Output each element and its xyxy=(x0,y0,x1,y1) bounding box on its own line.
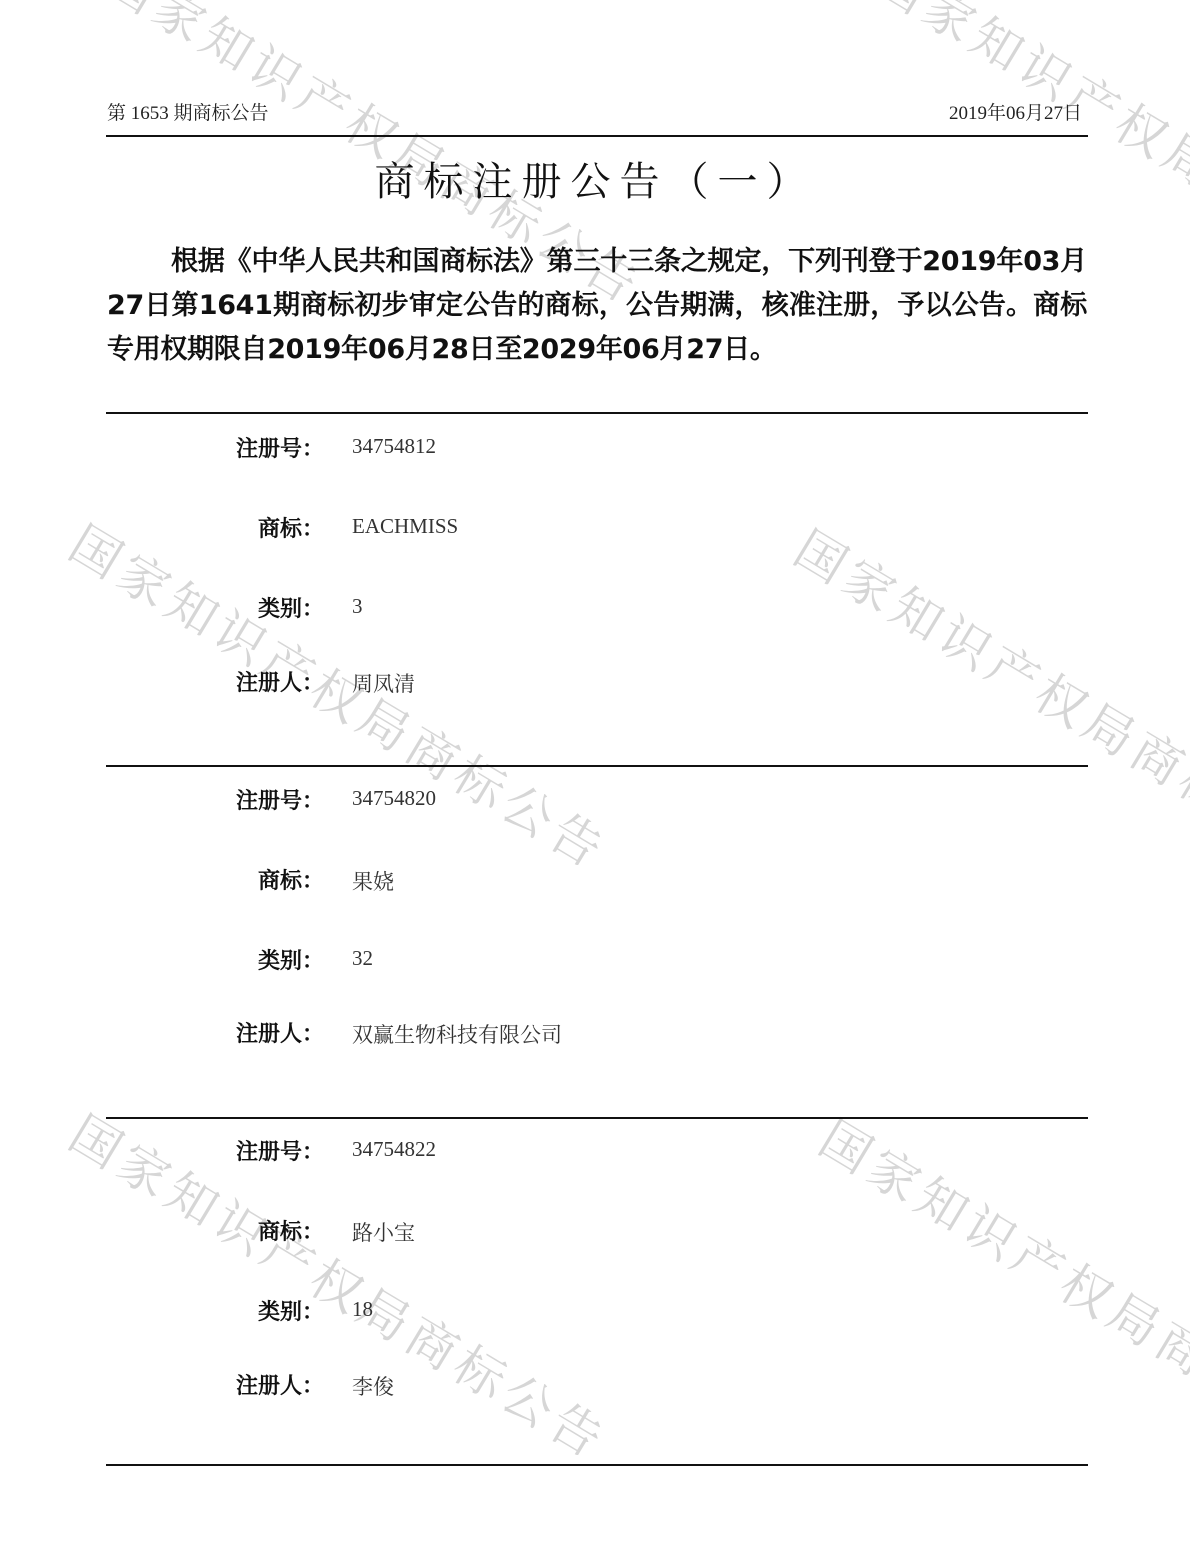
separator xyxy=(106,765,1088,767)
registrant-value: 双赢生物科技有限公司 xyxy=(352,1019,562,1049)
issue-number: 第 1653 期商标公告 xyxy=(107,98,269,125)
registrant-value: 周凤清 xyxy=(352,668,415,698)
class-value: 32 xyxy=(352,946,373,971)
separator xyxy=(106,1464,1088,1466)
header-rule xyxy=(106,135,1088,137)
class-value: 18 xyxy=(352,1297,373,1322)
mark-label: 商标： xyxy=(258,1215,324,1246)
class-label: 类别： xyxy=(258,592,324,623)
class-row: 类别： 32 xyxy=(0,944,1190,974)
class-label: 类别： xyxy=(258,1295,324,1326)
reg-no-value: 34754812 xyxy=(352,434,436,459)
registrant-label: 注册人： xyxy=(236,1369,324,1400)
reg-no-row: 注册号： 34754820 xyxy=(0,784,1190,814)
intro-paragraph: 根据《中华人民共和国商标法》第三十三条之规定，下列刊登于2019年03月27日第… xyxy=(107,240,1087,372)
registrant-value: 李俊 xyxy=(352,1371,394,1401)
separator xyxy=(106,1117,1088,1119)
reg-no-row: 注册号： 34754812 xyxy=(0,432,1190,462)
registrant-row: 注册人： 周凤清 xyxy=(0,666,1190,696)
mark-row: 商标： 路小宝 xyxy=(0,1215,1190,1245)
registrant-row: 注册人： 双赢生物科技有限公司 xyxy=(0,1017,1190,1047)
watermark: 国家知识产权局商标公告 xyxy=(783,510,1190,889)
mark-value: 果娆 xyxy=(352,866,394,896)
reg-no-label: 注册号： xyxy=(236,432,324,463)
mark-row: 商标： 果娆 xyxy=(0,864,1190,894)
issue-date: 2019年06月27日 xyxy=(949,98,1082,125)
class-row: 类别： 3 xyxy=(0,592,1190,622)
registrant-label: 注册人： xyxy=(236,1017,324,1048)
mark-label: 商标： xyxy=(258,512,324,543)
registrant-label: 注册人： xyxy=(236,666,324,697)
class-label: 类别： xyxy=(258,944,324,975)
mark-value: 路小宝 xyxy=(352,1217,415,1247)
reg-no-label: 注册号： xyxy=(236,1135,324,1166)
separator xyxy=(106,412,1088,414)
reg-no-row: 注册号： 34754822 xyxy=(0,1135,1190,1165)
reg-no-value: 34754822 xyxy=(352,1137,436,1162)
reg-no-value: 34754820 xyxy=(352,786,436,811)
registrant-row: 注册人： 李俊 xyxy=(0,1369,1190,1399)
class-value: 3 xyxy=(352,594,363,619)
page-title: 商标注册公告（一） xyxy=(0,150,1190,207)
reg-no-label: 注册号： xyxy=(236,784,324,815)
mark-row: 商标： EACHMISS xyxy=(0,512,1190,542)
mark-value: EACHMISS xyxy=(352,514,458,539)
mark-label: 商标： xyxy=(258,864,324,895)
class-row: 类别： 18 xyxy=(0,1295,1190,1325)
